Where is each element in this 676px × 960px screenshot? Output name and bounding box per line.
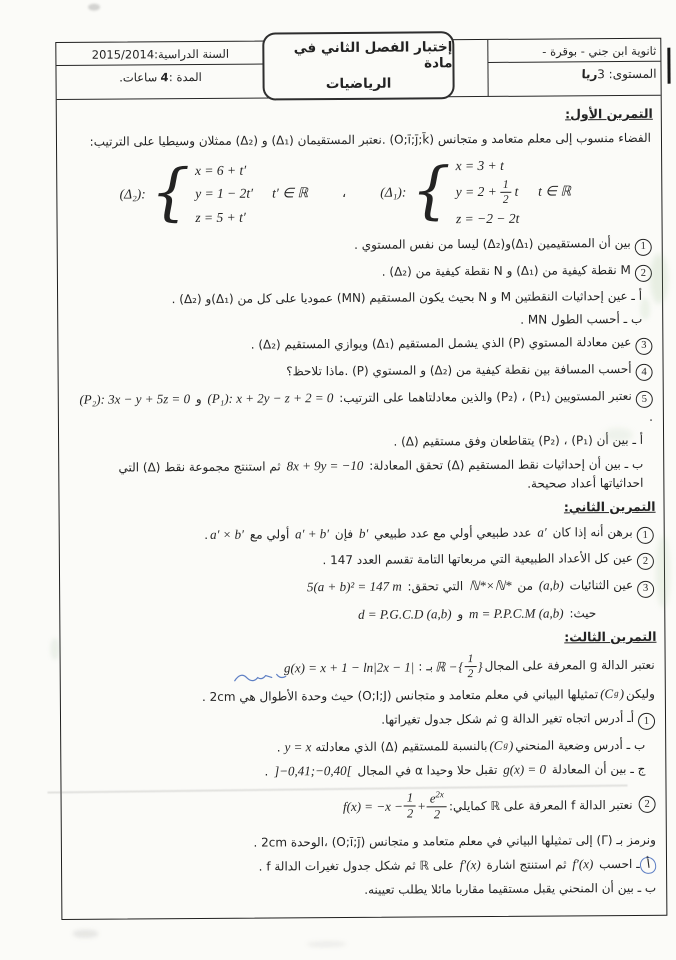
fraction-one-half: 12 [404,792,416,821]
ex1-q5a-line: أ ـ بين أن (P₁) ، (P₂) يتقاطعان وفق مستق… [71,431,643,453]
g-equals-zero: g(x) = 0 [501,762,548,777]
exam-body: التمرين الأول: الفضاء منسوب إلى معلم متع… [57,96,667,901]
header-year-cell: السنة الدراسية:2015/2014 المدة :4 ساعات. [56,42,264,99]
scan-artifact [72,930,98,938]
gcd-definition: d = P.G.C.D (a,b) [356,606,454,622]
scanned-exam-page: ثانوية ابن جني - بوقرة - المستوى: 3ريا ا… [0,0,676,960]
question-number-badge: 4 [636,364,653,381]
scan-tilt-wrapper: ثانوية ابن جني - بوقرة - المستوى: 3ريا ا… [0,0,676,960]
exam-header: ثانوية ابن جني - بوقرة - المستوى: 3ريا ا… [56,39,660,100]
exercise1-title: التمرين الأول: [67,105,653,128]
by-label: بـ : [418,658,433,676]
ex1-q2-line: 2M نقطة كيفية من (Δ₁) و N نقطة كيفية من … [70,261,652,286]
conjunction: و [457,607,463,621]
exam-title-line1: إختبار الفصل الثاني في مادة [264,39,452,72]
line-equation: 8x + 9y = −10 [284,458,365,474]
ex1-q5b-text1: ب ـ بين أن إحداثيات نقط المستقيم (Δ) تحق… [369,457,643,473]
exam-title-line2: الرياضيات [326,76,392,92]
ex1-q5-text: نعتبر المستويين (P₁) ، (P₂) والذين معادل… [339,389,632,405]
scan-artifact [640,298,650,320]
duration-line: المدة :4 ساعات. [56,65,264,90]
delta2-eq-z: z = 5 + t′ [195,207,246,228]
pen-scribble-icon [233,671,289,689]
ex2-q2-line: 2عين كل الأعداد الطبيعية التي مربعاتها ا… [72,549,654,574]
level-handwritten: ريا [581,67,598,81]
ex3-gamma-line: ونرمز بـ (Γ) إلى تمثيلها البياني في معلم… [74,831,656,853]
where-label: حيث: [569,606,596,620]
fraction-one-half: 12 [500,179,512,206]
school-name: ثانوية ابن جني - بوقرة - [488,39,660,63]
delta2-label: (Δ₂): [120,185,146,205]
ex3-cg-line: وليكن (Cg) تمثيلها البياني في معلم متعام… [73,684,655,708]
delta1-equations: x = 3 + t y = 2 + 12 t z = −2 − 2t [456,155,520,229]
duration-unit: ساعات. [119,70,161,84]
ex2-q3-line: 3عين الثنائيات (a,b) من ℕ*×ℕ* التي تحقق:… [72,575,654,601]
ex1-q2b-line: ب ـ أحسب الطول MN . [70,310,642,332]
scan-artifact [50,638,59,660]
ex3-q2a-line: أـ احسب f′(x) ثم استنتج اشارة f′(x) على … [74,854,656,878]
ex3-q1a-line: 1أـ أدرس اتجاه تغير الدالة g ثم شكل جدول… [73,708,655,733]
curve-cg-symbol: (Cg) [600,684,624,704]
domain-set: ℝ −{12} [435,653,483,680]
question-number-badge: 2 [637,553,654,570]
f-prime: f′(x) [570,856,595,871]
ex1-q1-line: 1بين أن المستقيمين (Δ₁)و(Δ₂) ليسا من نفس… [70,234,652,259]
delta1-eq-x: x = 3 + t [456,156,504,177]
fraction-exp: e2x2 [427,790,447,822]
exercise1-intro: الفضاء منسوب إلى معلم متعامد و متجانس (O… [69,129,651,151]
ex1-q2-text: M نقطة كيفية من (Δ₁) و N نقطة كيفية من (… [382,263,631,279]
pair-ab: (a,b) [537,578,566,593]
header-school-cell: ثانوية ابن جني - بوقرة - المستوى: 3ريا [488,39,660,96]
duration-handwritten: 4 [161,70,170,84]
ex1-q4-text: أحسب المسافة بين نقطة كيفية من (Δ₂) و ال… [286,361,631,377]
question-number-badge: 3 [637,580,654,597]
delta1-eq-y-var: t [515,182,519,202]
ex1-q1-text: بين أن المستقيمين (Δ₁)و(Δ₂) ليسا من نفس … [354,236,631,252]
left-brace: { [411,161,451,219]
a-times-b: a′ × b′ [208,526,246,541]
ex1-q5b-line: ب ـ بين أن إحداثيات نقط المستقيم (Δ) تحق… [71,454,643,495]
g-intro-text: نعتبر الدالة g المعرفة على المجال [484,656,654,675]
ex1-q5-line: 5نعتبر المستويين (P₁) ، (P₂) والذين معاد… [71,386,653,430]
question-number-badge: 1 [638,713,655,730]
delta1-eq-z: z = −2 − 2t [456,209,519,230]
solution-interval: ]−0,41;−0,40[ [272,763,354,779]
delta1-eq-y-left: y = 2 + [456,182,497,203]
systems-separator: ، [342,184,346,204]
scan-edge-mark [667,48,670,84]
conjunction: و [196,392,202,406]
level-label: المستوى: 3 [597,67,656,81]
ex1-q3-line: 3عين معادلة المستوي (P) الذي يشمل المستق… [70,333,652,358]
scan-artifact [88,4,100,11]
exam-title-box: إختبار الفصل الثاني في مادة الرياضيات [262,31,454,100]
exercise2-title: التمرين الثاني: [69,498,655,521]
question-number-badge: 2 [639,796,656,813]
handwritten-blue-circle: أ [639,856,657,875]
ex3-q1c-line: ج ـ بين أن المعادلة g(x) = 0 تقبل حلا وح… [73,759,645,782]
period: . [649,410,653,424]
ex3-g-definition-line: نعتبر الدالة g المعرفة على المجال ℝ −{12… [73,652,655,683]
scan-artifact [656,536,671,608]
left-brace: { [151,163,191,221]
delta1-parameter: t ∈ ℝ [538,182,571,202]
f-prime: f′(x) [458,857,483,872]
diophantine-equation: 5(a + b)² = 147 m [305,579,404,595]
school-year: السنة الدراسية:2015/2014 [56,42,264,66]
scan-artifact [650,254,668,304]
question-number-badge: 1 [637,527,654,544]
exercise3-title: التمرين الثالث: [70,628,656,651]
delta1-eq-y: y = 2 + 12 t [456,179,519,207]
system-delta1: (Δ₁): { x = 3 + t y = 2 + 12 t z = −2 − … [380,155,571,230]
f-formula: f(x) = −x − 12 + e2x2 [343,790,447,822]
natural-numbers-product: ℕ*×ℕ* [467,578,514,593]
question-number-badge: 1 [635,239,652,256]
ex2-q1-line: 1برهن أنه إذا كان a′ عدد طبيعي أولي مع ع… [72,521,654,547]
system-delta2: (Δ₂): { x = 6 + t′ y = 1 − 2t′ z = 5 + t… [119,160,308,228]
ex2-where-line: حيث: m = P.P.C.M (a,b) و d = P.G.C.D (a,… [72,603,596,626]
ex1-q4-line: 4أحسب المسافة بين نقطة كيفية من (Δ₂) و ا… [71,359,653,384]
delta2-parameter: t′ ∈ ℝ [272,184,308,205]
delta2-eq-x: x = 6 + t′ [195,161,246,182]
a-plus-b: a′ + b′ [293,526,331,541]
ex3-q1b-line: ب ـ أدرس وضعية المنحني (Cg) بالنسبة للمس… [73,735,645,758]
duration-label: المدة : [169,70,202,84]
plane2-equation: (P₂): 3x − y + 5z = 0 [77,391,192,407]
parametric-systems: (Δ₂): { x = 6 + t′ y = 1 − 2t′ z = 5 + t… [67,155,624,233]
scan-artifact [307,941,347,947]
plane1-equation: (P₁): x + 2y − z + 2 = 0 [205,390,335,406]
question-number-badge: 5 [636,391,653,408]
g-formula: g(x) = x + 1 − ln|2x − 1| [282,657,416,677]
ex1-q2a-line: أ ـ عين إحداثيات النقطتين M و N بحيث يكو… [70,287,642,309]
ex1-q3-text: عين معادلة المستوي (P) الذي يشمل المستقي… [251,335,632,352]
delta2-equations: x = 6 + t′ y = 1 − 2t′ z = 5 + t′ [195,161,253,228]
line-y-equals-x: y = x [282,737,313,757]
a-prime: a′ [535,524,548,539]
curve-cg-symbol: (Cg) [489,736,513,756]
fraction-one-half: 12 [464,653,476,680]
lcm-definition: m = P.P.C.M (a,b) [467,605,566,621]
level-line: المستوى: 3ريا [488,62,660,87]
ex3-q2b-line: ب ـ بين أن المنحني يقبل مستقيما مقاربا م… [74,879,656,901]
question-number-badge: 3 [635,337,652,354]
delta1-label: (Δ₁): [380,183,406,203]
b-prime: b′ [357,525,370,540]
delta2-eq-y: y = 1 − 2t′ [195,184,253,205]
